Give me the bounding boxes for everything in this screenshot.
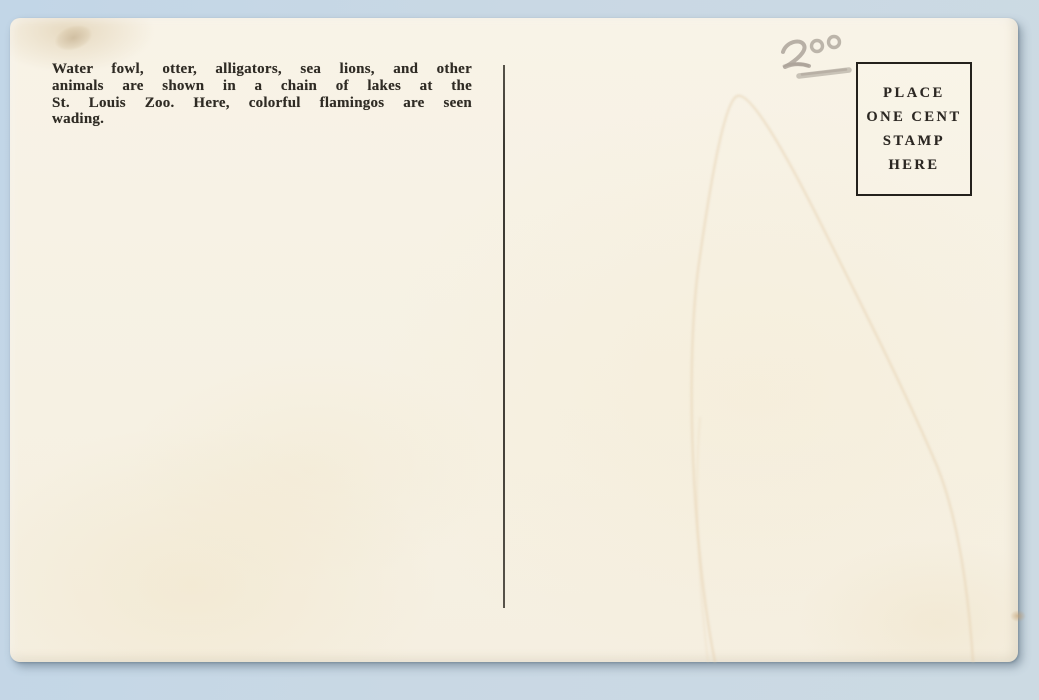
description-line: wading. (52, 111, 472, 128)
postcard-back: Water fowl, otter, alligators, sea lions… (10, 18, 1018, 662)
stamp-box-line: PLACE (883, 86, 945, 101)
stamp-box-line: STAMP (883, 134, 945, 149)
postcard-description: Water fowl, otter, alligators, sea lions… (52, 61, 472, 128)
corner-stain-spot (1010, 610, 1026, 622)
stamp-box-line: ONE CENT (866, 110, 961, 125)
pencil-stroke-drawing (770, 30, 880, 92)
corner-wear-spot (46, 13, 106, 61)
photo-background: Water fowl, otter, alligators, sea lions… (0, 0, 1039, 700)
description-line: animals are shown in a chain of lakes at… (52, 78, 472, 95)
description-line: St. Louis Zoo. Here, colorful flamingos … (52, 95, 472, 112)
center-divider-line (503, 65, 505, 608)
description-line: Water fowl, otter, alligators, sea lions… (52, 61, 472, 78)
stamp-box-line: HERE (888, 158, 939, 173)
handwritten-pencil-number: 200 (770, 30, 880, 92)
